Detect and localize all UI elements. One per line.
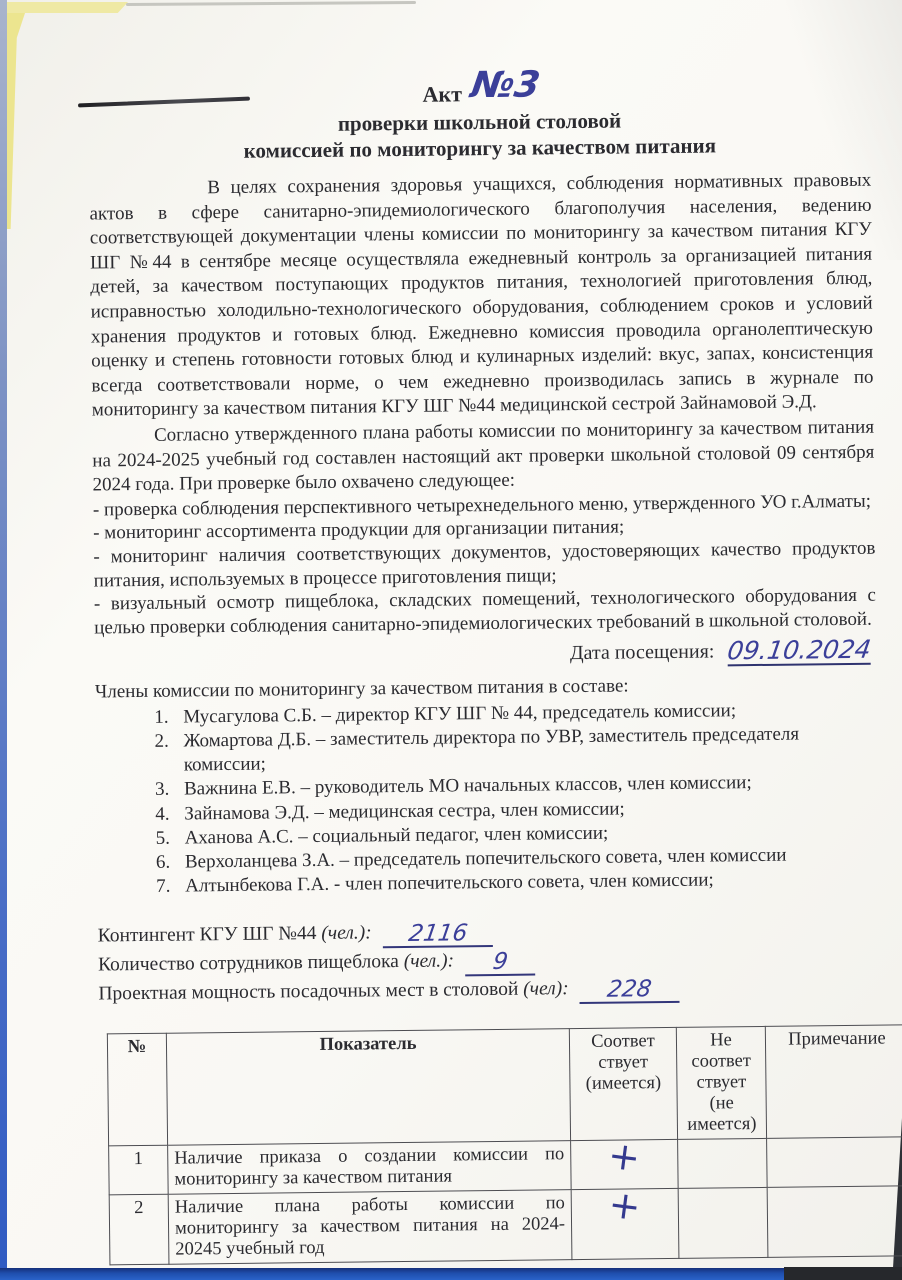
- handwritten-staff-count: 9: [491, 951, 509, 971]
- paragraph-intro: В целях сохранения здоровья учащихся, со…: [89, 169, 874, 424]
- fields-block: Контингент КГУ ШГ №44 (чел.): 2116 Колич…: [98, 913, 881, 1009]
- field-unit: (чел):: [523, 978, 569, 1000]
- field-blank: 2116: [382, 918, 492, 948]
- member-item: Жомартова Д.Б. – заместитель директора п…: [173, 722, 878, 778]
- header-indicator: Показатель: [166, 1028, 570, 1145]
- note-cell: [767, 1136, 902, 1187]
- row-indicator: Наличие приказа о создании комиссии по м…: [168, 1140, 572, 1194]
- document-page: Акт №3 проверки школьной столовой комисс…: [88, 71, 883, 1265]
- table-header-row: № Показатель Соответ ствует (имеется) Не…: [107, 1024, 902, 1145]
- scope-list: - проверка соблюдения перспективного чет…: [93, 489, 877, 639]
- field-blank: 228: [579, 973, 679, 1003]
- field-label: Проектная мощность посадочных мест в сто…: [98, 978, 518, 1004]
- handwritten-contingent: 2116: [407, 923, 468, 944]
- folder-edge-top: [0, 2, 128, 13]
- header-complies: Соответ ствует (имеется): [569, 1027, 677, 1140]
- not-complies-cell: [678, 1187, 768, 1258]
- visit-date-label: Дата посещения:: [570, 641, 715, 665]
- members-list: Мусагулова С.Б. – директор КГУ ШГ № 44, …: [95, 698, 879, 900]
- visit-date-blank: 09.10.2024: [727, 636, 870, 666]
- paragraph-plan: Согласно утвержденного плана работы коми…: [92, 416, 875, 499]
- scope-item: - визуальный осмотр пищеблока, складских…: [94, 584, 876, 640]
- visit-date-row: Дата посещения: 09.10.2024: [94, 636, 870, 677]
- table-surface-bottom: [0, 1268, 902, 1280]
- row-number: 2: [109, 1194, 169, 1265]
- field-blank: 9: [465, 946, 535, 976]
- field-unit: (чел.):: [404, 950, 455, 972]
- row-indicator: Наличие плана работы комиссии по монитор…: [168, 1189, 572, 1264]
- handwritten-act-number: №3: [469, 70, 542, 101]
- handwritten-seat-capacity: 228: [606, 979, 653, 1000]
- row-number: 1: [109, 1145, 169, 1195]
- check-mark: +: [607, 1188, 642, 1222]
- complies-cell: +: [571, 1188, 679, 1259]
- header-number: №: [107, 1033, 167, 1146]
- field-label: Контингент КГУ ШГ №44: [98, 923, 317, 946]
- table-surface-left: [0, 0, 7, 1280]
- not-complies-cell: [678, 1138, 768, 1188]
- complies-cell: +: [571, 1139, 679, 1189]
- inspection-table: № Показатель Соответ ствует (имеется) Не…: [107, 1024, 902, 1265]
- field-unit: (чел.):: [321, 922, 372, 944]
- check-mark: +: [607, 1139, 642, 1173]
- title-act-word: Акт: [422, 81, 462, 106]
- note-cell: [767, 1185, 902, 1257]
- handwritten-visit-date: 09.10.2024: [726, 638, 873, 664]
- table-row: 2 Наличие плана работы комиссии по монит…: [109, 1185, 902, 1264]
- header-not-complies: Не соответ ствует (не имеется): [676, 1026, 766, 1139]
- document-photo: Акт №3 проверки школьной столовой комисс…: [0, 0, 902, 1280]
- shadow-bottom-right: [784, 1267, 902, 1280]
- field-label: Количество сотрудников пищеблока: [98, 951, 399, 975]
- table-row: 1 Наличие приказа о создании комиссии по…: [109, 1136, 902, 1194]
- header-note: Примечание: [765, 1024, 902, 1138]
- page-title: Акт №3 проверки школьной столовой комисс…: [88, 71, 871, 166]
